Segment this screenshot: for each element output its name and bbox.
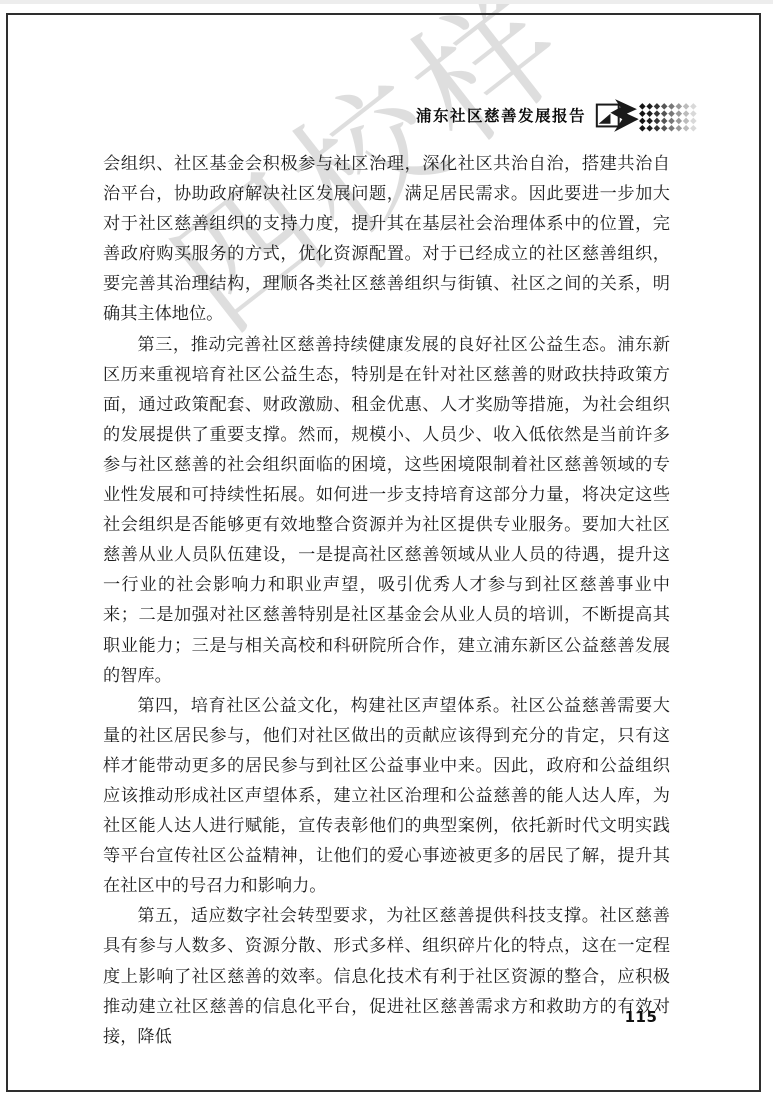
arrow-dot-matrix-logo-icon <box>595 98 697 133</box>
document-page: 四校样 浦东社区慈善发展报告 会组织、社区基金会积极参与社区治理，深化社区共治自… <box>0 0 773 1107</box>
body-paragraph: 会组织、社区基金会积极参与社区治理，深化社区共治自治，搭建共治自治平台，协助政府… <box>103 149 670 330</box>
logo-triangle <box>599 113 611 123</box>
body-paragraph: 第五，适应数字社会转型要求，为社区慈善提供科技支撑。社区慈善具有参与人数多、资源… <box>103 901 670 1051</box>
header-title: 浦东社区慈善发展报告 <box>416 104 586 126</box>
body-text: 会组织、社区基金会积极参与社区治理，深化社区共治自治，搭建共治自治平台，协助政府… <box>103 149 670 1052</box>
page-number: 115 <box>624 1008 658 1026</box>
page-header: 浦东社区慈善发展报告 <box>416 96 697 134</box>
scan-edge <box>0 0 773 4</box>
body-paragraph: 第四，培育社区公益文化，构建社区声望体系。社区公益慈善需要大量的社区居民参与，他… <box>103 691 670 902</box>
logo-dot-matrix <box>639 103 697 131</box>
body-paragraph: 第三，推动完善社区慈善持续健康发展的良好社区公益生态。浦东新区历来重视培育社区公… <box>103 330 670 691</box>
